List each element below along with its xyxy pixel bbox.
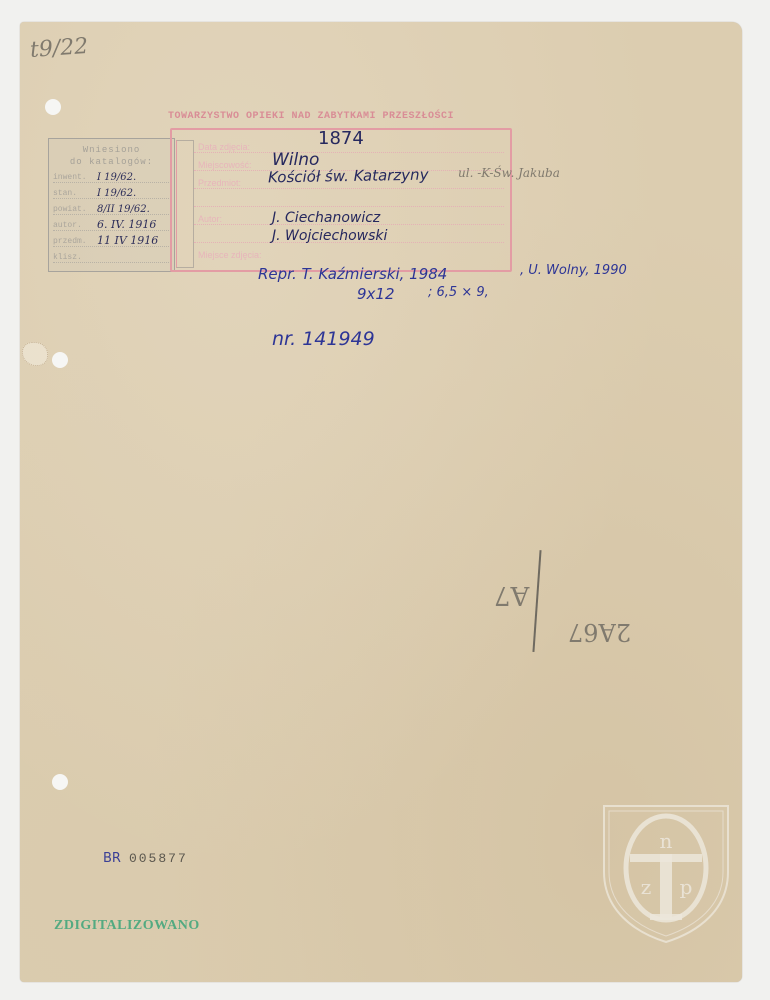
svg-text:z: z (641, 875, 652, 899)
society-stamp: Data zdjęcia: Miejscowość: Przedmiot: Au… (170, 128, 512, 272)
pencil-mark: A7 (494, 580, 529, 610)
catalog-subtitle: do katalogów: (49, 157, 174, 167)
br-prefix: BR (103, 851, 121, 866)
catalog-row: klisz. (53, 249, 171, 263)
shield-watermark-icon: n z p (600, 802, 732, 944)
br-catalog-number: BR005877 (103, 851, 188, 866)
catalog-title: Wniesiono (49, 145, 174, 155)
punch-hole (52, 352, 68, 368)
pencil-mark: 2A67 (568, 618, 631, 646)
society-stamp-heading: TOWARZYSTWO OPIEKI NAD ZABYTKAMI PRZESZŁ… (168, 111, 503, 122)
reproduction-note: Repr. T. Kaźmierski, 1984 (258, 265, 447, 283)
size-note: 9x12 (357, 285, 395, 303)
svg-text:n: n (660, 829, 673, 853)
catalog-row: inwent. I 19/62. (53, 169, 171, 183)
catalog-row: autor. 6. IV. 1916 (53, 217, 171, 231)
photo-year: 1874 (318, 128, 364, 149)
author-1: J. Ciechanowicz (272, 210, 380, 226)
subject-pencil-note: ul. -K-Św. Jakuba (458, 166, 560, 180)
punch-hole (52, 774, 68, 790)
br-digits: 005877 (129, 851, 188, 866)
punch-hole (45, 99, 61, 115)
size-note-extra: ; 6,5 × 9, (428, 285, 489, 300)
reproduction-note-extra: , U. Wolny, 1990 (520, 263, 627, 278)
subject-name: Kościół św. Katarzyny (268, 166, 429, 187)
catalog-row: przedm. 11 IV 1916 (53, 233, 171, 247)
catalog-row: stan. I 19/62. (53, 185, 171, 199)
catalog-row: powiat. 8/II 19/62. (53, 201, 171, 215)
catalog-stamp: Wniesiono do katalogów: inwent. I 19/62.… (48, 138, 175, 272)
svg-text:p: p (680, 875, 693, 899)
corner-pencil-note: t9/22 (29, 34, 89, 63)
stamp-inner-frame (176, 140, 194, 268)
digitized-stamp: ZDIGITALIZOWANO (54, 918, 200, 934)
paper-tear (22, 342, 48, 366)
author-2: J. Wojciechowski (272, 228, 387, 244)
negative-number: nr. 141949 (272, 328, 375, 350)
